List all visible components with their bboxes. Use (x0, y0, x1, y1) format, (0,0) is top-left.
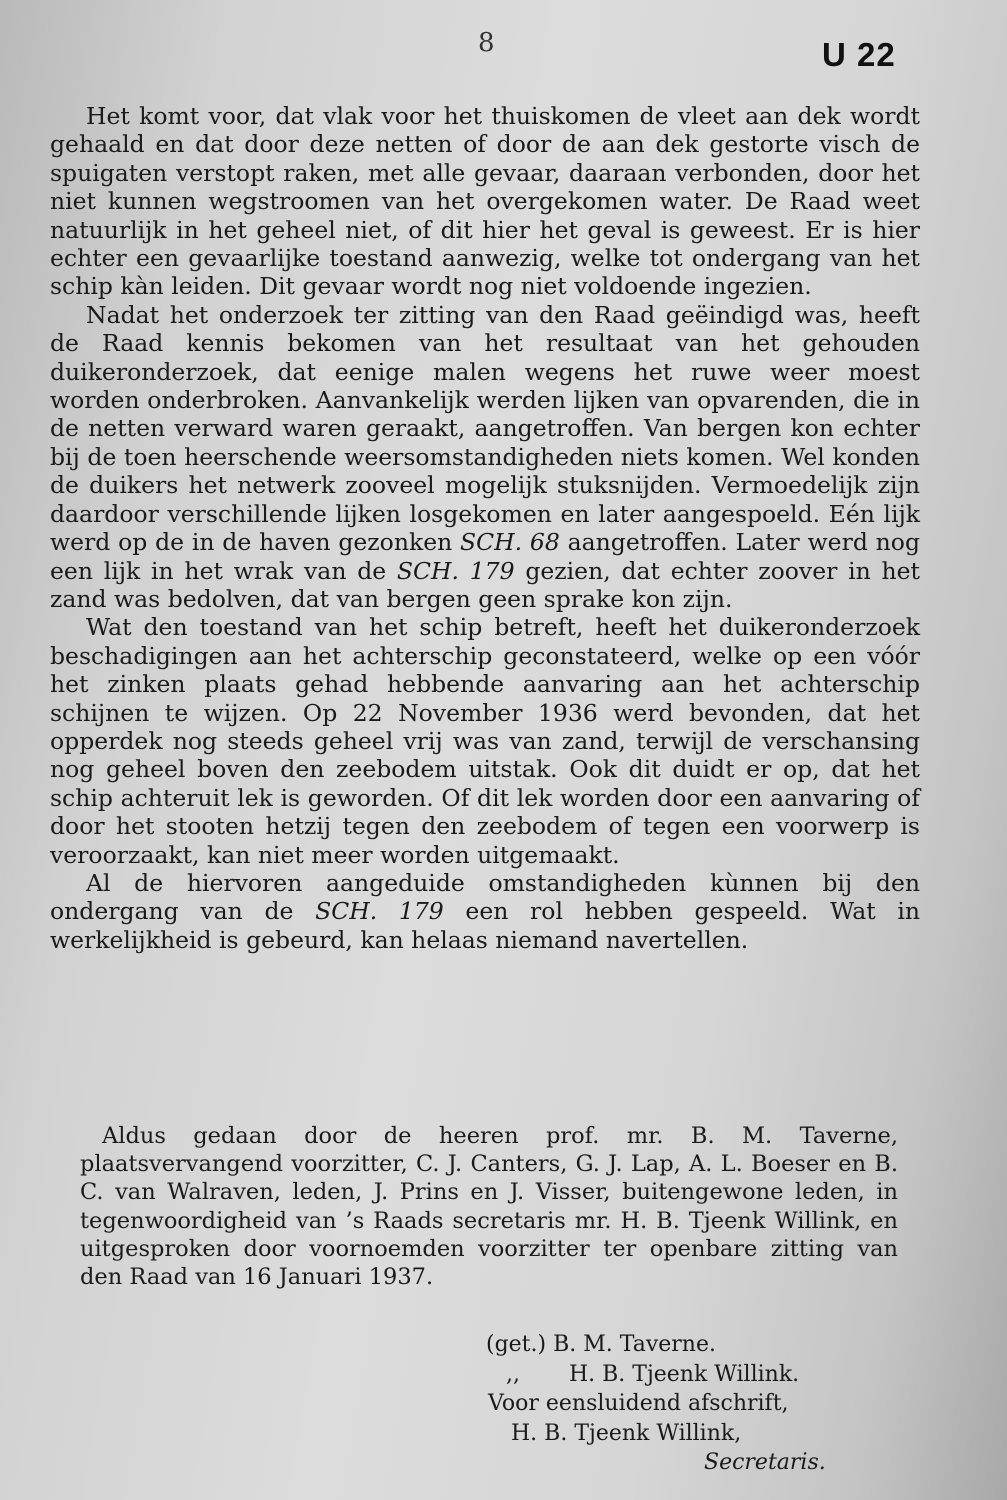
secretary-title: Secretaris. (486, 1448, 866, 1478)
signature-line-signed: (get.) B. M. Taverne. (486, 1330, 866, 1360)
certified-copy-label: Voor eensluidend afschrift, (486, 1389, 866, 1419)
paragraph-2: Nadat het onderzoek ter zitting van den … (50, 301, 920, 613)
page-number: 8 (478, 28, 495, 58)
paragraph-3: Wat den toestand van het schip betreft, … (50, 613, 920, 869)
paragraph-2-text-a: Nadat het onderzoek ter zitting van den … (50, 301, 920, 556)
ship-name: SCH. 179 (315, 897, 444, 925)
ship-name: SCH. 179 (397, 557, 515, 585)
body-text: Het komt voor, dat vlak voor het thuisko… (50, 102, 920, 954)
document-code: U 22 (822, 36, 896, 74)
closing-paragraph: Aldus gedaan door de heeren prof. mr. B.… (80, 1122, 898, 1291)
paragraph-4: Al de hiervoren aangeduide omstandighede… (50, 869, 920, 954)
secretary-name: H. B. Tjeenk Willink, (486, 1419, 866, 1449)
paragraph-1: Het komt voor, dat vlak voor het thuisko… (50, 102, 920, 301)
signature-line-secretary: ,, H. B. Tjeenk Willink. (486, 1360, 866, 1390)
ship-name: SCH. 68 (460, 528, 560, 556)
signature-block: (get.) B. M. Taverne. ,, H. B. Tjeenk Wi… (486, 1330, 866, 1478)
